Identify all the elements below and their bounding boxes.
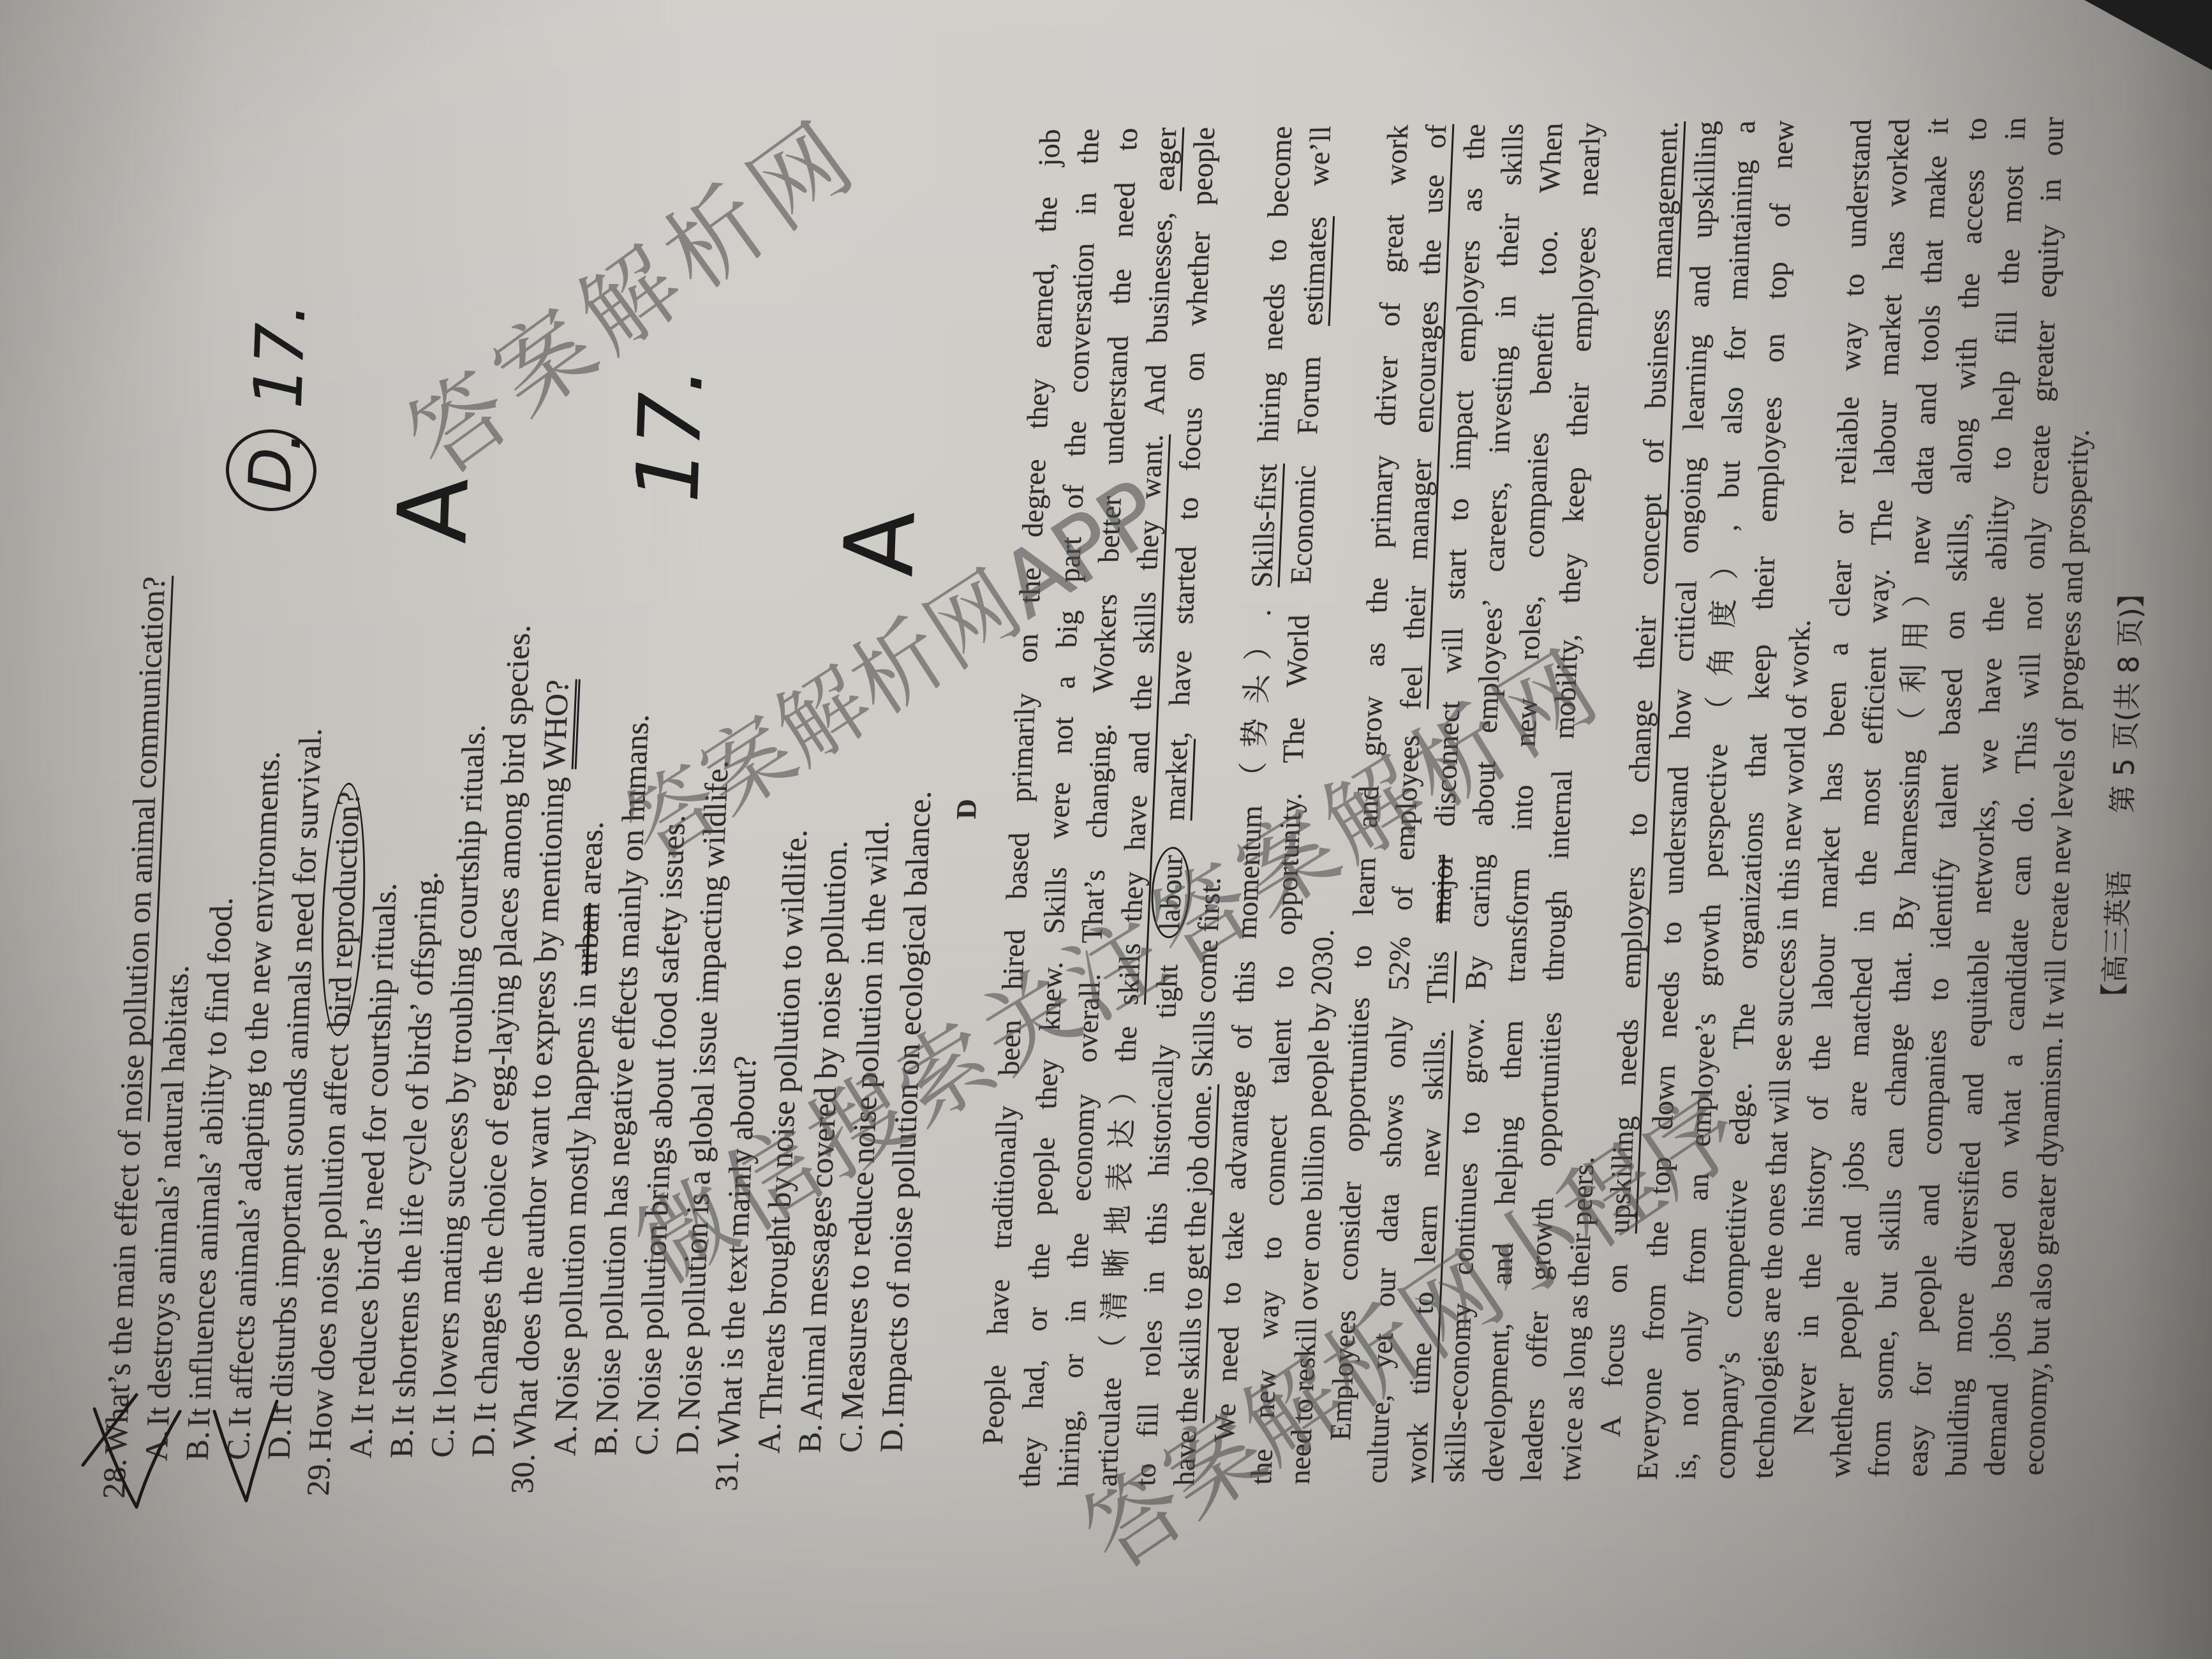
pen-mark-dul: WHO? xyxy=(536,679,581,770)
handwritten-answer-mark: A xyxy=(831,509,929,578)
text-segment: have xyxy=(1167,1423,1202,1486)
option-label: A. xyxy=(342,1427,379,1459)
text-segment xyxy=(1157,821,1191,847)
pen-mark-strike: urban xyxy=(567,903,606,976)
option-label: D. xyxy=(669,1424,706,1455)
footer-gap xyxy=(2129,813,2132,870)
handwritten-note: 17. xyxy=(625,364,715,503)
option-label: C. xyxy=(832,1424,869,1454)
question-number: 28. xyxy=(96,1459,133,1499)
question-number: 29. xyxy=(300,1456,338,1496)
pen-mark-ul: This xyxy=(1420,951,1457,1003)
option-label: C. xyxy=(424,1428,461,1458)
option-label: D. xyxy=(260,1429,297,1460)
handwritten-answer-mark: A xyxy=(385,476,482,545)
text-segment xyxy=(1418,1003,1452,1031)
text-segment: A focus on xyxy=(1594,1233,1635,1438)
option-label: B. xyxy=(791,1424,828,1454)
option-label: A. xyxy=(546,1425,583,1456)
option-label: D. xyxy=(464,1426,501,1457)
option-label: D. xyxy=(873,1421,910,1452)
pen-mark-ul: estimates xyxy=(1295,216,1335,326)
pen-mark-ul: eager xyxy=(1147,128,1184,191)
option-label: C. xyxy=(219,1431,256,1461)
footer-subject: 【高三英语 xyxy=(2098,870,2137,1011)
question-number: 30. xyxy=(504,1454,542,1494)
option-label: B. xyxy=(587,1426,624,1456)
handwritten-letter: D xyxy=(241,447,301,494)
pen-mark-ul: market xyxy=(1158,739,1196,821)
text-segment: we’ll xyxy=(1300,126,1337,217)
pen-mark-circle: labour xyxy=(1149,847,1192,939)
text-segment: areas. xyxy=(570,821,610,903)
passage-text: People have traditionally been hired bas… xyxy=(972,116,2112,1488)
option-label: C. xyxy=(628,1425,665,1455)
photo-corner-shadow xyxy=(2084,0,2212,70)
text-segment xyxy=(1422,923,1456,951)
option-label: A. xyxy=(750,1422,787,1454)
text-segment: And businesses, xyxy=(1136,191,1180,435)
text-segment: Skills come first. xyxy=(1185,877,1226,1085)
pen-mark-ul: Skills-first xyxy=(1245,463,1286,588)
pen-mark-strike: major xyxy=(1423,854,1459,923)
option-label: B. xyxy=(179,1431,216,1461)
handwritten-note: . 17. xyxy=(243,301,315,452)
question-number: 31. xyxy=(708,1451,746,1491)
option-label: A. xyxy=(138,1430,175,1461)
option-label: B. xyxy=(383,1429,420,1459)
exam-page: 28.What’s the main effect of noise pollu… xyxy=(60,83,2204,1575)
footer-page-number: 第 5 页(共 8 页)】 xyxy=(2106,579,2149,814)
